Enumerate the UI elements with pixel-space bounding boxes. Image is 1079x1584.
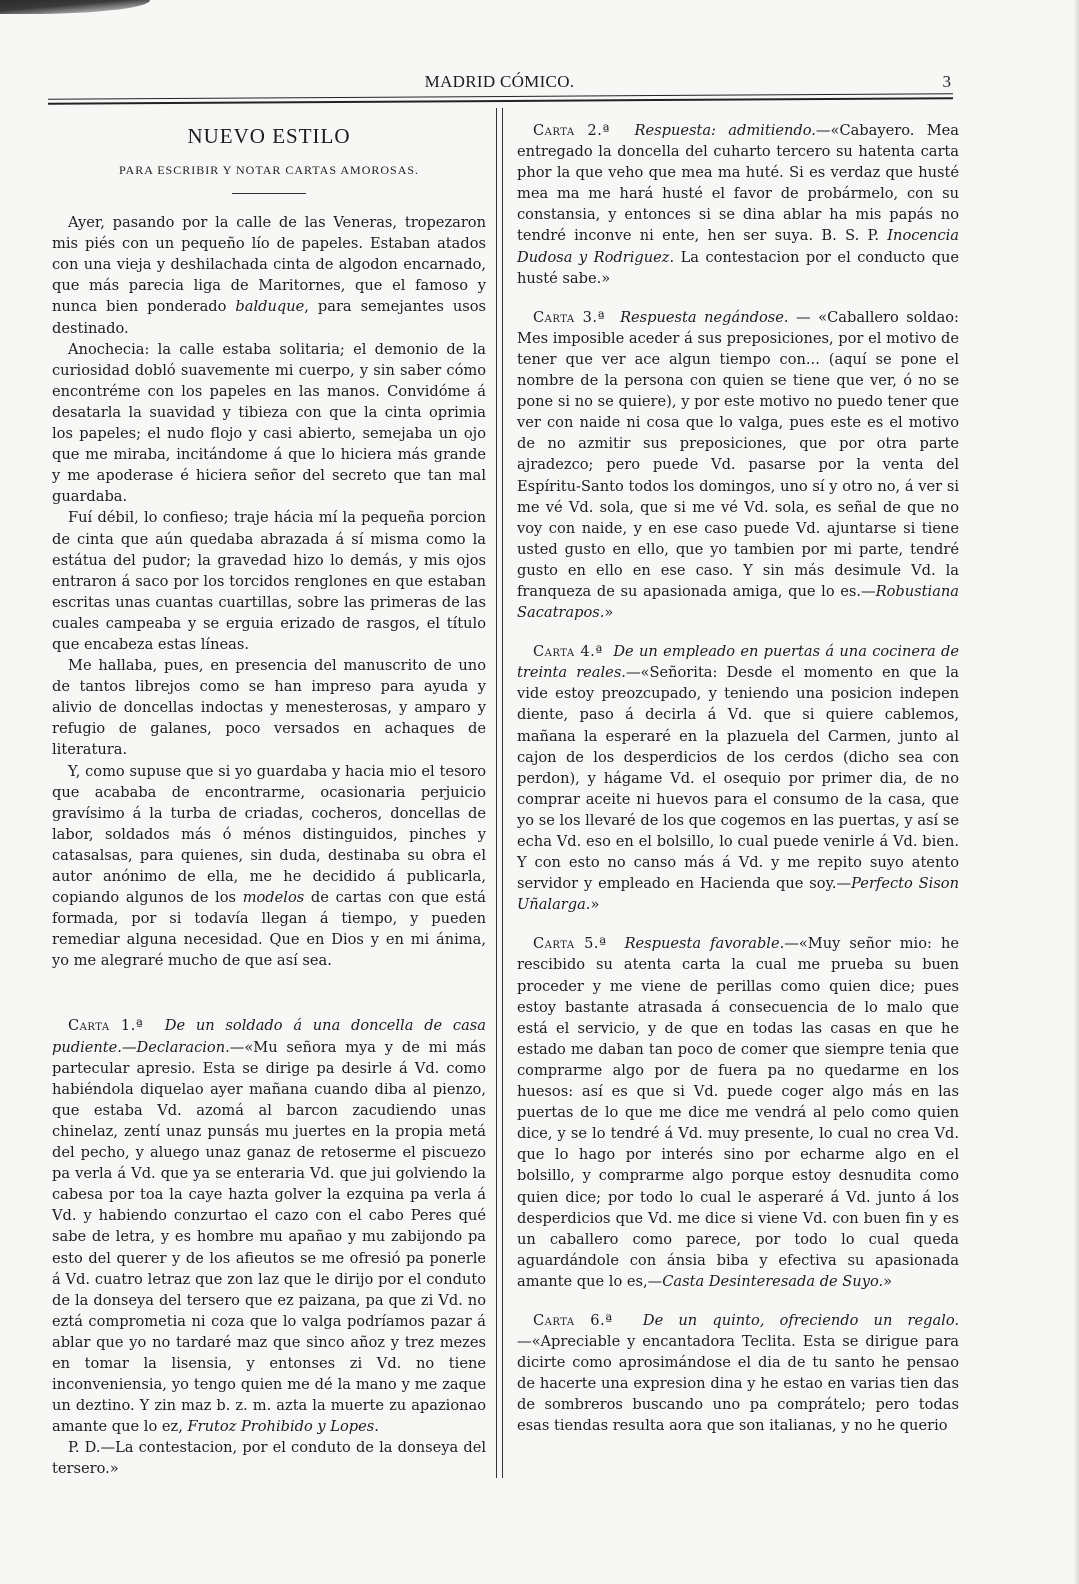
- column-divider: [496, 108, 503, 1478]
- letter-heading: Respuesta: admitiendo.: [634, 122, 815, 139]
- right-column: Carta 2.ª Respuesta: admitiendo.—«Cabaye…: [517, 120, 959, 1437]
- left-column: NUEVO ESTILO PARA ESCRIBIR Y NOTAR CARTA…: [52, 118, 486, 1480]
- masthead: MADRID CÓMICO. 3: [48, 72, 951, 96]
- letter-1: Carta 1.ª De un soldado á una doncella d…: [52, 1015, 486, 1437]
- letter-heading: Respuesta negándose.: [620, 309, 788, 326]
- letter-4: Carta 4.ª De un empleado en puertas á un…: [517, 641, 959, 915]
- letter-label: Carta 1.ª: [68, 1017, 143, 1034]
- letter-label: Carta 6.ª: [533, 1312, 613, 1329]
- intro-paragraph: Ayer, pasando por la calle de las Venera…: [52, 212, 486, 339]
- article-title: NUEVO ESTILO: [52, 124, 486, 148]
- page-corner-curl: [0, 0, 150, 14]
- title-rule: [232, 193, 306, 194]
- letter-label: Carta 2.ª: [533, 122, 610, 139]
- letter-label: Carta 4.ª: [533, 643, 603, 660]
- masthead-title: MADRID CÓMICO.: [48, 72, 951, 92]
- postscript: P. D.—La contestacion, por el conduto de…: [52, 1437, 486, 1479]
- letter-2: Carta 2.ª Respuesta: admitiendo.—«Cabaye…: [517, 120, 959, 289]
- letter-label: Carta 5.ª: [533, 935, 606, 952]
- letter-5: Carta 5.ª Respuesta favorable.—«Muy seño…: [517, 933, 959, 1292]
- letter-6: Carta 6.ª De un quinto, ofreciendo un re…: [517, 1310, 959, 1437]
- intro-paragraph: Me hallaba, pues, en presencia del manus…: [52, 655, 486, 760]
- letter-heading: De un quinto, ofreciendo un regalo.: [643, 1312, 959, 1329]
- intro-paragraph: Y, como supuse que si yo guardaba y haci…: [52, 761, 486, 972]
- letter-label: Carta 3.ª: [533, 309, 605, 326]
- letter-heading: Respuesta favorable.: [625, 935, 785, 952]
- letter-signature: Frutoz Prohibido y Lopes.: [188, 1418, 379, 1435]
- page-number: 3: [943, 72, 952, 92]
- intro-paragraph: Anochecia: la calle estaba solitaria; el…: [52, 339, 486, 508]
- intro-paragraph: Fuí débil, lo confieso; traje hácia mí l…: [52, 507, 486, 655]
- page-edge-shadow: [1073, 0, 1079, 1584]
- article-subtitle: PARA ESCRIBIR Y NOTAR CARTAS AMOROSAS.: [52, 160, 486, 181]
- letter-signature: Casta Desinteresada de Suyo.: [662, 1273, 883, 1290]
- letter-3: Carta 3.ª Respuesta negándose. — «Caball…: [517, 307, 959, 623]
